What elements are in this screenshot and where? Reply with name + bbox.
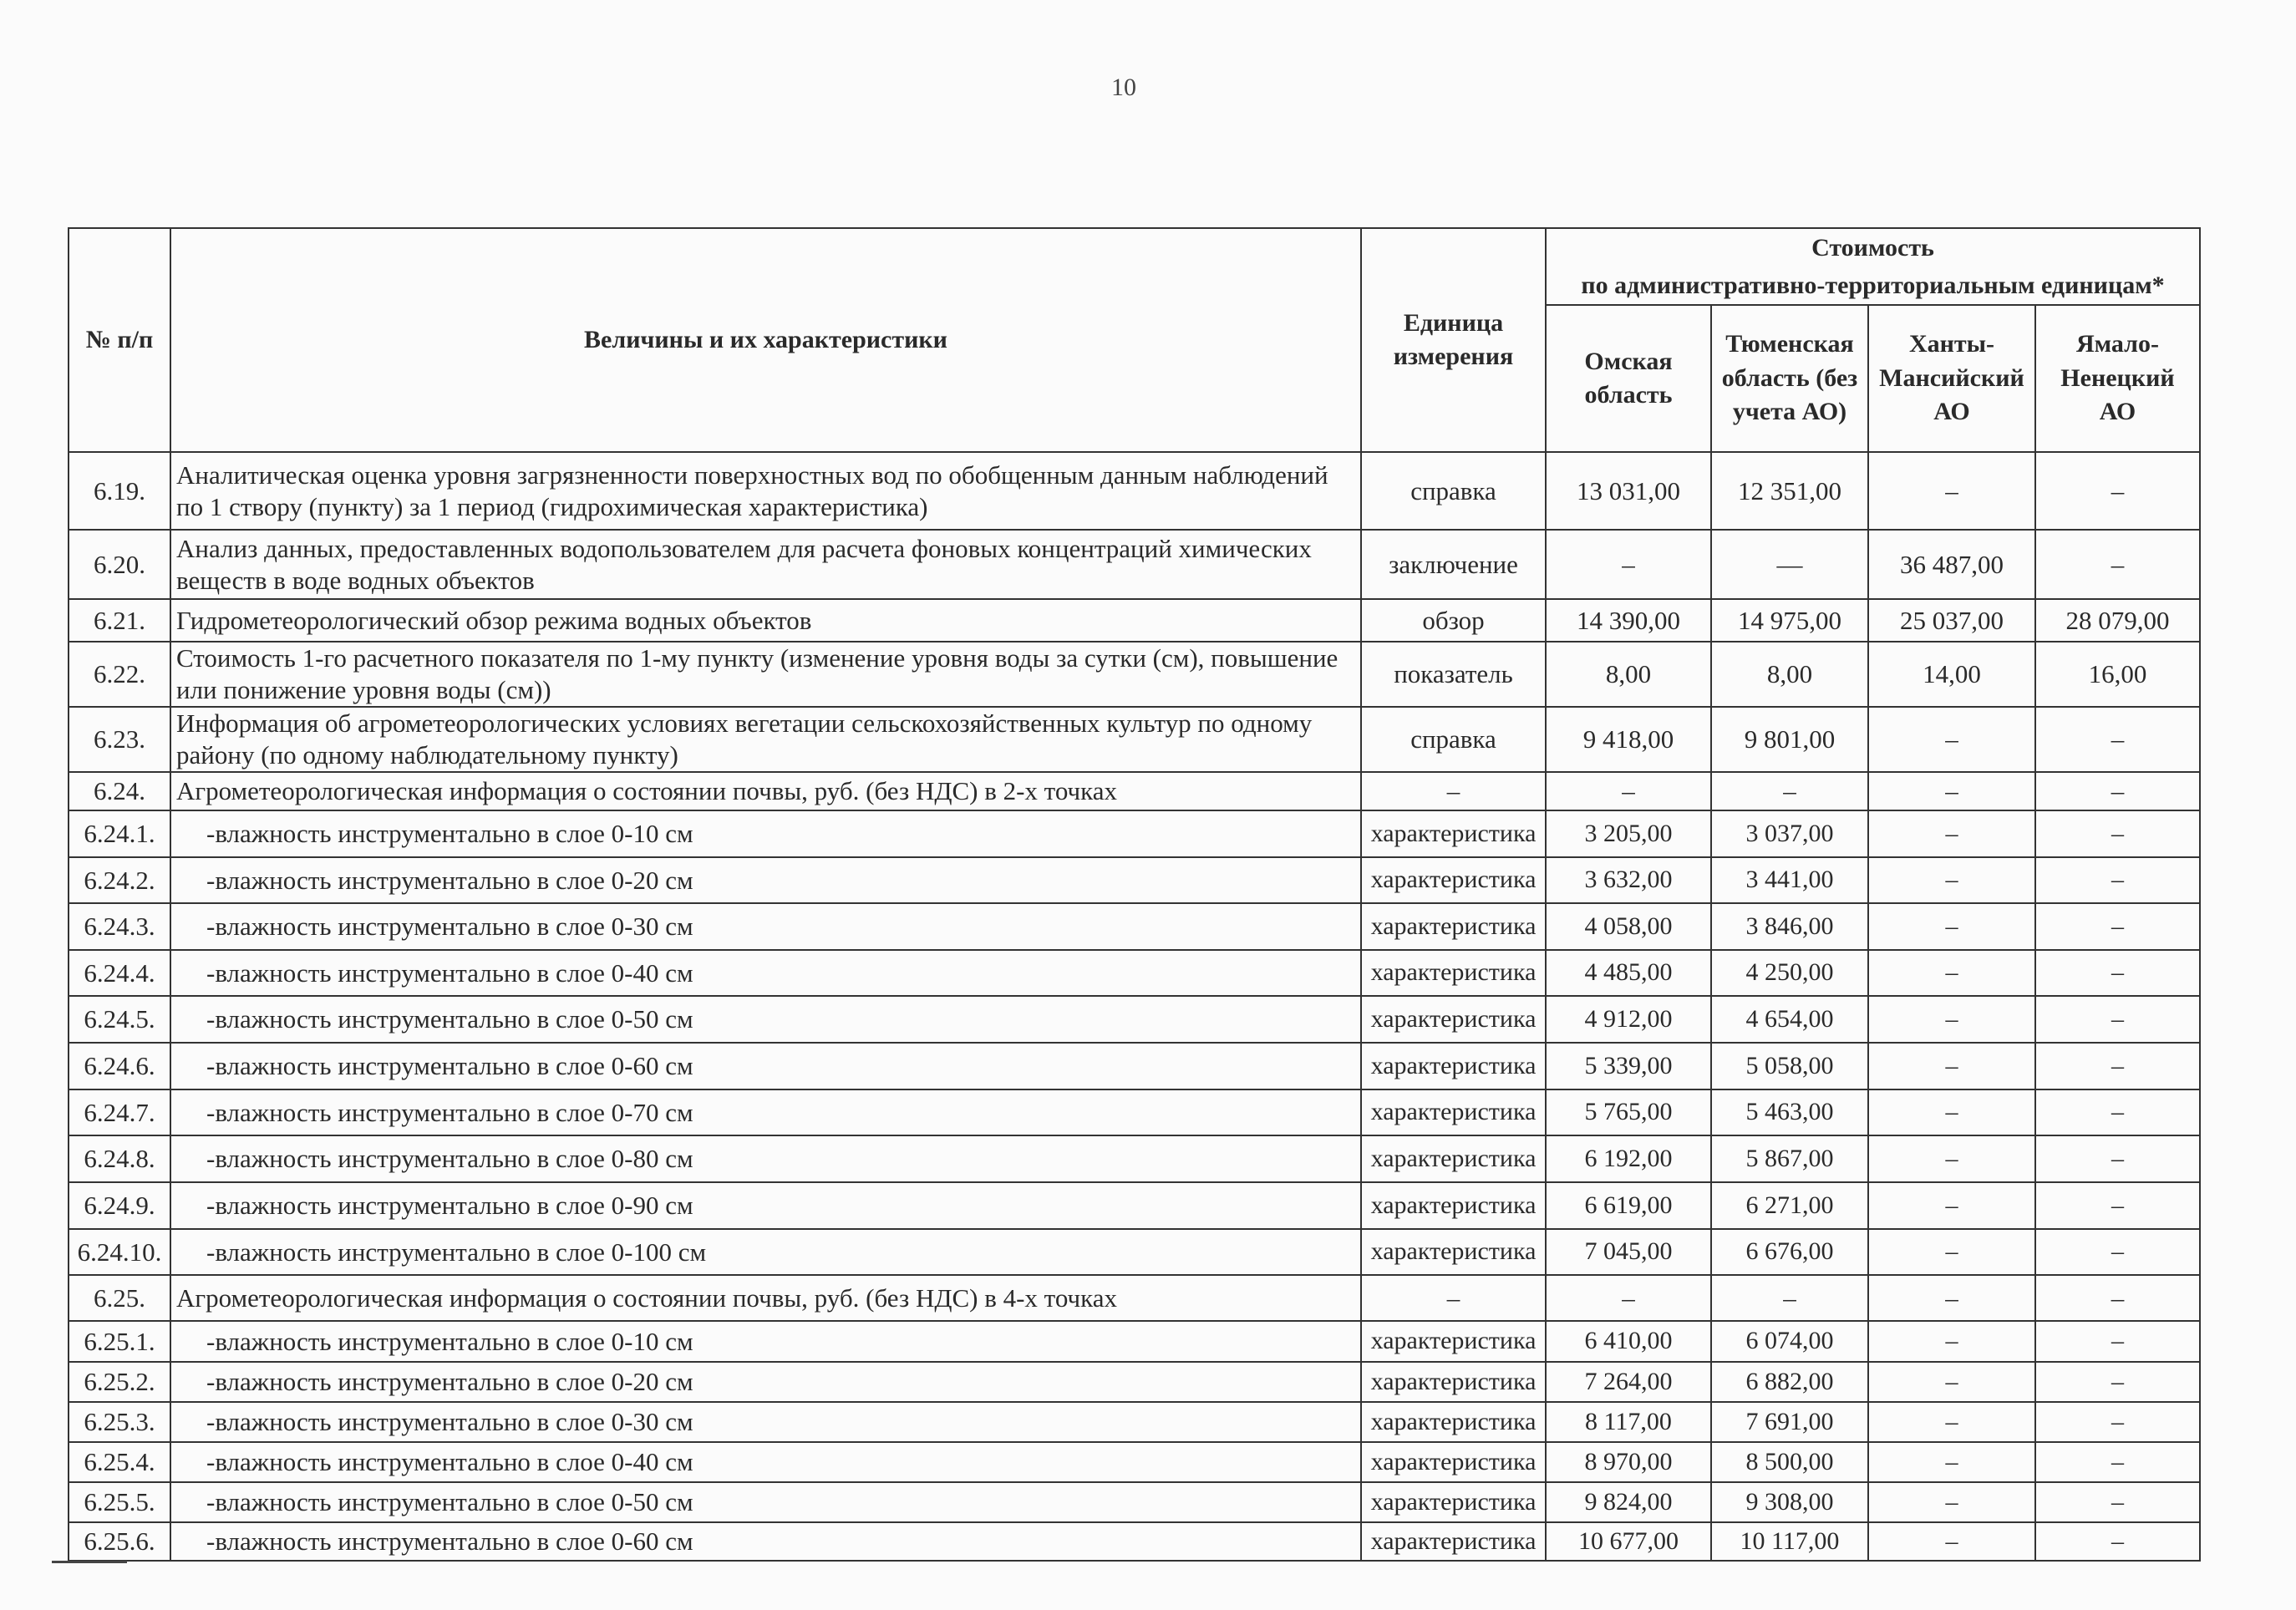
value-khmao: – [1868, 1229, 2035, 1275]
table-row: 6.24.3.-влажность инструментально в слое… [69, 903, 2200, 950]
table-row: 6.25.5.-влажность инструментально в слое… [69, 1482, 2200, 1522]
row-unit: характеристика [1361, 1362, 1546, 1402]
row-description: -влажность инструментально в слое 0-10 с… [170, 810, 1361, 857]
value-khmao: – [1868, 1522, 2035, 1561]
header-region-tyumen: Тюменская область (без учета АО) [1711, 305, 1868, 452]
row-unit: – [1361, 772, 1546, 810]
row-description: -влажность инструментально в слое 0-10 с… [170, 1321, 1361, 1362]
value-tyumen: 4 250,00 [1711, 950, 1868, 996]
table-row: 6.25.3.-влажность инструментально в слое… [69, 1402, 2200, 1442]
value-tyumen: – [1711, 1275, 1868, 1321]
row-number: 6.24.2. [69, 857, 170, 903]
value-yanao: 28 079,00 [2035, 599, 2200, 642]
value-yanao: – [2035, 996, 2200, 1043]
value-tyumen: — [1711, 530, 1868, 599]
value-khmao: – [1868, 1402, 2035, 1442]
row-unit: характеристика [1361, 1089, 1546, 1135]
table-row: 6.25.4.-влажность инструментально в слое… [69, 1442, 2200, 1482]
value-yanao: – [2035, 452, 2200, 530]
value-yanao: – [2035, 1089, 2200, 1135]
value-yanao: – [2035, 903, 2200, 950]
row-description: -влажность инструментально в слое 0-100 … [170, 1229, 1361, 1275]
value-khmao: – [1868, 996, 2035, 1043]
header-description: Величины и их характеристики [170, 228, 1361, 452]
value-tyumen: 5 058,00 [1711, 1043, 1868, 1089]
value-tyumen: 6 882,00 [1711, 1362, 1868, 1402]
value-yanao: – [2035, 1362, 2200, 1402]
value-omsk: 8 970,00 [1546, 1442, 1711, 1482]
table-row: 6.25.Агрометеорологическая информация о … [69, 1275, 2200, 1321]
value-yanao: – [2035, 1275, 2200, 1321]
table-header: № п/п Величины и их характеристики Едини… [69, 228, 2200, 452]
row-unit: характеристика [1361, 1402, 1546, 1442]
value-yanao: – [2035, 1442, 2200, 1482]
value-yanao: – [2035, 1135, 2200, 1182]
row-description: Аналитическая оценка уровня загрязненнос… [170, 452, 1361, 530]
row-description: -влажность инструментально в слое 0-80 с… [170, 1135, 1361, 1182]
row-number: 6.25.3. [69, 1402, 170, 1442]
value-omsk: 14 390,00 [1546, 599, 1711, 642]
value-tyumen: 12 351,00 [1711, 452, 1868, 530]
row-number: 6.20. [69, 530, 170, 599]
row-description: Гидрометеорологический обзор режима водн… [170, 599, 1361, 642]
value-tyumen: – [1711, 772, 1868, 810]
table-row: 6.21.Гидрометеорологический обзор режима… [69, 599, 2200, 642]
row-number: 6.24.6. [69, 1043, 170, 1089]
row-description: Агрометеорологическая информация о состо… [170, 772, 1361, 810]
value-omsk: 13 031,00 [1546, 452, 1711, 530]
row-description: -влажность инструментально в слое 0-60 с… [170, 1522, 1361, 1561]
table-row: 6.24.4.-влажность инструментально в слое… [69, 950, 2200, 996]
row-description: Информация об агрометеорологических усло… [170, 707, 1361, 772]
row-unit: справка [1361, 707, 1546, 772]
row-number: 6.25.4. [69, 1442, 170, 1482]
row-number: 6.25.6. [69, 1522, 170, 1561]
table-row: 6.24.9.-влажность инструментально в слое… [69, 1182, 2200, 1229]
header-unit: Единица измерения [1361, 228, 1546, 452]
value-tyumen: 8,00 [1711, 642, 1868, 707]
row-number: 6.25.1. [69, 1321, 170, 1362]
value-omsk: 4 058,00 [1546, 903, 1711, 950]
value-tyumen: 10 117,00 [1711, 1522, 1868, 1561]
value-tyumen: 3 846,00 [1711, 903, 1868, 950]
row-unit: заключение [1361, 530, 1546, 599]
header-cost-subtitle: по административно-территориальным едини… [1552, 267, 2194, 304]
row-unit: характеристика [1361, 1522, 1546, 1561]
row-unit: характеристика [1361, 1442, 1546, 1482]
value-yanao: – [2035, 1482, 2200, 1522]
table-row: 6.24.6.-влажность инструментально в слое… [69, 1043, 2200, 1089]
value-yanao: – [2035, 950, 2200, 996]
row-description: -влажность инструментально в слое 0-90 с… [170, 1182, 1361, 1229]
header-region-yanao: Ямало-Ненецкий АО [2035, 305, 2200, 452]
row-number: 6.19. [69, 452, 170, 530]
value-omsk: 8,00 [1546, 642, 1711, 707]
value-yanao: – [2035, 810, 2200, 857]
row-unit: характеристика [1361, 1229, 1546, 1275]
header-region-omsk: Омская область [1546, 305, 1711, 452]
table-row: 6.24.5.-влажность инструментально в слое… [69, 996, 2200, 1043]
row-description: -влажность инструментально в слое 0-20 с… [170, 1362, 1361, 1402]
row-unit: характеристика [1361, 1135, 1546, 1182]
value-yanao: – [2035, 1402, 2200, 1442]
row-number: 6.24.1. [69, 810, 170, 857]
value-omsk: 3 205,00 [1546, 810, 1711, 857]
row-number: 6.21. [69, 599, 170, 642]
row-description: -влажность инструментально в слое 0-30 с… [170, 1402, 1361, 1442]
value-omsk: 7 045,00 [1546, 1229, 1711, 1275]
value-khmao: – [1868, 452, 2035, 530]
value-omsk: 4 485,00 [1546, 950, 1711, 996]
table-row: 6.24.10.-влажность инструментально в сло… [69, 1229, 2200, 1275]
value-omsk: 7 264,00 [1546, 1362, 1711, 1402]
page-number: 10 [1111, 74, 1136, 102]
row-unit: характеристика [1361, 1321, 1546, 1362]
row-number: 6.24.9. [69, 1182, 170, 1229]
table-body: 6.19.Аналитическая оценка уровня загрязн… [69, 452, 2200, 1561]
value-khmao: 14,00 [1868, 642, 2035, 707]
value-khmao: – [1868, 1362, 2035, 1402]
row-unit: характеристика [1361, 810, 1546, 857]
value-omsk: 6 619,00 [1546, 1182, 1711, 1229]
value-khmao: – [1868, 903, 2035, 950]
value-khmao: – [1868, 1442, 2035, 1482]
row-number: 6.24.3. [69, 903, 170, 950]
row-number: 6.24.7. [69, 1089, 170, 1135]
value-yanao: – [2035, 1321, 2200, 1362]
value-tyumen: 14 975,00 [1711, 599, 1868, 642]
row-unit: характеристика [1361, 1043, 1546, 1089]
value-yanao: 16,00 [2035, 642, 2200, 707]
value-khmao: – [1868, 810, 2035, 857]
value-tyumen: 4 654,00 [1711, 996, 1868, 1043]
header-region-khmao: Ханты-Мансийский АО [1868, 305, 2035, 452]
header-cost: Стоимость по административно-территориал… [1546, 228, 2200, 305]
table-row: 6.24.2.-влажность инструментально в слое… [69, 857, 2200, 903]
value-khmao: – [1868, 1275, 2035, 1321]
row-number: 6.25. [69, 1275, 170, 1321]
value-tyumen: 3 037,00 [1711, 810, 1868, 857]
row-number: 6.22. [69, 642, 170, 707]
row-number: 6.25.2. [69, 1362, 170, 1402]
header-cost-title: Стоимость [1552, 229, 2194, 267]
row-description: Агрометеорологическая информация о состо… [170, 1275, 1361, 1321]
row-description: -влажность инструментально в слое 0-60 с… [170, 1043, 1361, 1089]
value-omsk: 3 632,00 [1546, 857, 1711, 903]
value-omsk: – [1546, 772, 1711, 810]
value-khmao: – [1868, 1089, 2035, 1135]
row-description: Стоимость 1-го расчетного показателя по … [170, 642, 1361, 707]
table-row: 6.23.Информация об агрометеорологических… [69, 707, 2200, 772]
row-description: -влажность инструментально в слое 0-50 с… [170, 1482, 1361, 1522]
value-yanao: – [2035, 707, 2200, 772]
row-description: -влажность инструментально в слое 0-40 с… [170, 1442, 1361, 1482]
row-number: 6.24.4. [69, 950, 170, 996]
row-unit: характеристика [1361, 903, 1546, 950]
row-number: 6.24.8. [69, 1135, 170, 1182]
value-tyumen: 9 308,00 [1711, 1482, 1868, 1522]
value-khmao: – [1868, 950, 2035, 996]
value-yanao: – [2035, 1182, 2200, 1229]
row-description: -влажность инструментально в слое 0-40 с… [170, 950, 1361, 996]
table-row: 6.24.Агрометеорологическая информация о … [69, 772, 2200, 810]
header-unit-label: Единица измерения [1367, 307, 1540, 374]
value-tyumen: 5 463,00 [1711, 1089, 1868, 1135]
table-row: 6.19.Аналитическая оценка уровня загрязн… [69, 452, 2200, 530]
row-unit: характеристика [1361, 1482, 1546, 1522]
row-description: Анализ данных, предоставленных водопольз… [170, 530, 1361, 599]
value-khmao: 25 037,00 [1868, 599, 2035, 642]
value-omsk: 9 418,00 [1546, 707, 1711, 772]
value-omsk: 4 912,00 [1546, 996, 1711, 1043]
value-khmao: – [1868, 707, 2035, 772]
value-yanao: – [2035, 1522, 2200, 1561]
row-description: -влажность инструментально в слое 0-70 с… [170, 1089, 1361, 1135]
value-tyumen: 6 676,00 [1711, 1229, 1868, 1275]
value-khmao: – [1868, 857, 2035, 903]
value-omsk: 5 339,00 [1546, 1043, 1711, 1089]
table-row: 6.25.1.-влажность инструментально в слое… [69, 1321, 2200, 1362]
value-khmao: 36 487,00 [1868, 530, 2035, 599]
table-row: 6.20.Анализ данных, предоставленных водо… [69, 530, 2200, 599]
row-number: 6.24.10. [69, 1229, 170, 1275]
table-row: 6.25.2.-влажность инструментально в слое… [69, 1362, 2200, 1402]
row-unit: характеристика [1361, 996, 1546, 1043]
value-tyumen: 6 271,00 [1711, 1182, 1868, 1229]
table-row: 6.24.1.-влажность инструментально в слое… [69, 810, 2200, 857]
price-table: № п/п Величины и их характеристики Едини… [68, 227, 2201, 1562]
value-tyumen: 9 801,00 [1711, 707, 1868, 772]
row-number: 6.24.5. [69, 996, 170, 1043]
value-omsk: 6 410,00 [1546, 1321, 1711, 1362]
value-omsk: 10 677,00 [1546, 1522, 1711, 1561]
row-unit: характеристика [1361, 857, 1546, 903]
row-number: 6.23. [69, 707, 170, 772]
row-unit: характеристика [1361, 1182, 1546, 1229]
row-description: -влажность инструментально в слое 0-30 с… [170, 903, 1361, 950]
value-yanao: – [2035, 1229, 2200, 1275]
value-khmao: – [1868, 1321, 2035, 1362]
row-unit: обзор [1361, 599, 1546, 642]
value-khmao: – [1868, 1482, 2035, 1522]
scan-mark [52, 1561, 127, 1563]
value-omsk: 6 192,00 [1546, 1135, 1711, 1182]
table-row: 6.24.7.-влажность инструментально в слое… [69, 1089, 2200, 1135]
value-tyumen: 3 441,00 [1711, 857, 1868, 903]
row-unit: – [1361, 1275, 1546, 1321]
value-omsk: 8 117,00 [1546, 1402, 1711, 1442]
row-unit: справка [1361, 452, 1546, 530]
row-unit: показатель [1361, 642, 1546, 707]
value-omsk: 5 765,00 [1546, 1089, 1711, 1135]
value-tyumen: 6 074,00 [1711, 1321, 1868, 1362]
value-khmao: – [1868, 772, 2035, 810]
value-tyumen: 7 691,00 [1711, 1402, 1868, 1442]
row-description: -влажность инструментально в слое 0-20 с… [170, 857, 1361, 903]
value-yanao: – [2035, 530, 2200, 599]
table-row: 6.24.8.-влажность инструментально в слое… [69, 1135, 2200, 1182]
value-yanao: – [2035, 857, 2200, 903]
value-khmao: – [1868, 1182, 2035, 1229]
row-unit: характеристика [1361, 950, 1546, 996]
value-khmao: – [1868, 1043, 2035, 1089]
value-tyumen: 8 500,00 [1711, 1442, 1868, 1482]
table-row: 6.25.6.-влажность инструментально в слое… [69, 1522, 2200, 1561]
table-row: 6.22.Стоимость 1-го расчетного показател… [69, 642, 2200, 707]
value-yanao: – [2035, 1043, 2200, 1089]
row-number: 6.24. [69, 772, 170, 810]
header-num: № п/п [69, 228, 170, 452]
value-omsk: – [1546, 530, 1711, 599]
value-omsk: 9 824,00 [1546, 1482, 1711, 1522]
value-khmao: – [1868, 1135, 2035, 1182]
row-number: 6.25.5. [69, 1482, 170, 1522]
row-description: -влажность инструментально в слое 0-50 с… [170, 996, 1361, 1043]
value-yanao: – [2035, 772, 2200, 810]
value-tyumen: 5 867,00 [1711, 1135, 1868, 1182]
value-omsk: – [1546, 1275, 1711, 1321]
